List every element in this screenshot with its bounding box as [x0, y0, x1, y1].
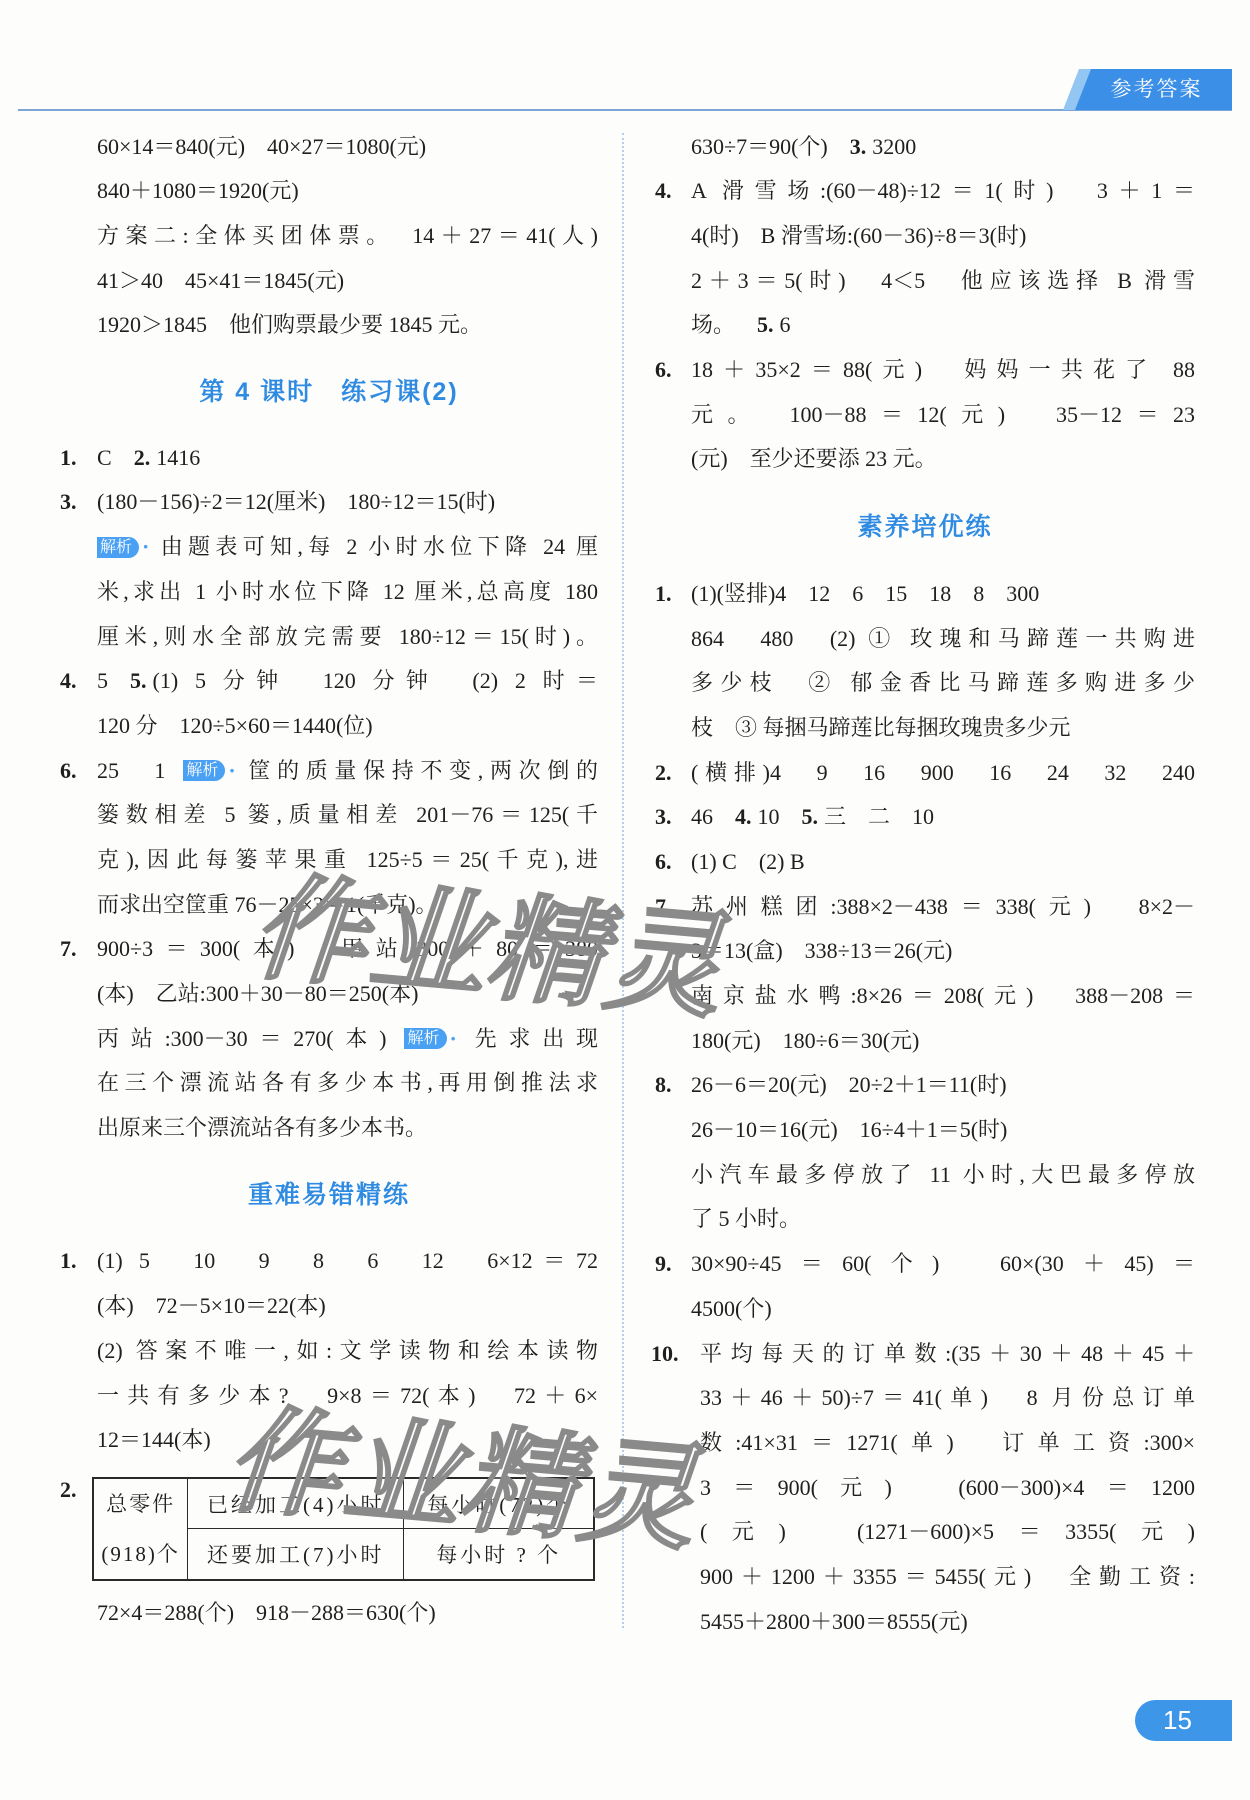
analysis-line: 在三个漂流站各有多少本书,再用倒推法求: [60, 1061, 598, 1106]
analysis-text: 先求出现: [463, 1026, 598, 1051]
answer-text: (1) 5 10 9 8 6 12 6×12＝72: [97, 1248, 598, 1273]
answer-line: 4.A 滑雪场:(60－48)÷12＝1(时) 3＋1＝: [655, 169, 1195, 214]
answer-line: 864 480 (2) ① 玫瑰和马蹄莲一共购进: [655, 617, 1195, 662]
answer-text: A 滑雪场:(60－48)÷12＝1(时) 3＋1＝: [691, 178, 1195, 203]
section-title-key-errors: 重难易错精练: [60, 1173, 598, 1218]
question-number: 4.: [655, 169, 672, 214]
answer-text: 26－6＝20(元) 20÷2＋1＝11(时): [691, 1072, 1007, 1097]
answer-line: 7.苏州糕团:388×2－438＝338(元) 8×2－: [655, 885, 1195, 930]
answer-line: 场。5.6: [655, 303, 1195, 348]
answer-text: C: [97, 445, 112, 470]
answer-line: 33＋46＋50)÷7＝41(单) 8 月份总订单: [655, 1376, 1195, 1421]
answer-line: 7.900÷3＝300(本) 甲站:300＋80＝380: [60, 927, 598, 972]
answer-text: 30×90÷45＝60(个) 60×(30＋45)＝: [691, 1251, 1195, 1276]
answer-line: 丙站:300－30＝270(本)解析先求出现: [60, 1017, 598, 1062]
question-number: 7.: [655, 885, 672, 930]
answer-line: (本) 72－5×10＝22(本): [60, 1284, 598, 1329]
analysis-line: 解析由题表可知,每 2 小时水位下降 24 厘: [60, 525, 598, 570]
analysis-line: 厘米,则水全部放完需要 180÷12＝15(时)。: [60, 615, 598, 660]
answer-line: 4500(个): [655, 1287, 1195, 1332]
answer-line: (本) 乙站:300＋30－80＝250(本): [60, 972, 598, 1017]
analysis-text: 由题表可知,每 2 小时水位下降 24 厘: [155, 534, 598, 559]
table-cell: 已经加工(4)小时: [188, 1478, 404, 1529]
section-title-lesson4: 第 4 课时 练习课(2): [60, 370, 598, 415]
answer-text: 场。: [691, 312, 735, 337]
answer-line: 6.18＋35×2＝88(元) 妈妈一共花了 88: [655, 348, 1195, 393]
header-tab-reference-answers: 参考答案: [1063, 69, 1232, 110]
analysis-line: 而求出空筐重 76－25×3＝1(千克)。: [60, 883, 598, 928]
answer-line: 4(时) B 滑雪场:(60－36)÷8＝3(时): [655, 214, 1195, 259]
answer-line: 2＋3＝5(时) 4＜5 他应该选择 B 滑雪: [655, 259, 1195, 304]
answer-text: (180－156)÷2＝12(厘米) 180÷12＝15(时): [97, 489, 495, 514]
analysis-line: 米,求出 1 小时水位下降 12 厘米,总高度 180: [60, 570, 598, 615]
analysis-badge: 解析: [97, 537, 139, 558]
answer-line: 26－10＝16(元) 16÷4＋1＝5(时): [655, 1108, 1195, 1153]
answer-text: 3200: [872, 134, 916, 159]
question-number: 2.: [134, 445, 151, 470]
question-number: 8.: [655, 1063, 672, 1108]
answer-line: 120 分 120÷5×60＝1440(位): [60, 704, 598, 749]
analysis-line: 克),因此每篓苹果重 125÷5＝25(千克),进: [60, 838, 598, 883]
answer-line: 1.(1)(竖排)4 12 6 15 18 8 300: [655, 572, 1195, 617]
question-number: 5.: [802, 804, 819, 829]
analysis-badge: 解析: [183, 760, 225, 781]
page-number: 15: [1135, 1700, 1232, 1741]
answer-line: 6.(1) C (2) B: [655, 840, 1195, 885]
analysis-line: 出原来三个漂流站各有多少本书。: [60, 1106, 598, 1151]
tab-label: 参考答案: [1075, 69, 1232, 110]
answer-line: 1920＞1845 他们购票最少要 1845 元。: [60, 303, 598, 348]
analysis-line: 篓数相差 5 篓,质量相差 201－76＝125(千: [60, 793, 598, 838]
total-parts-label: 总零件: [94, 1479, 187, 1529]
answer-line: 多少枝 ② 郁金香比马蹄莲多购进多少: [655, 661, 1195, 706]
header-rule: [18, 109, 1232, 111]
question-number: 3.: [850, 134, 867, 159]
total-parts-cell: 总零件 (918)个: [93, 1478, 188, 1580]
parts-table: 总零件 (918)个 已经加工(4)小时 每小时(72)个 还要加工(7)小时 …: [92, 1477, 595, 1581]
question-number: 6.: [655, 348, 672, 393]
answer-line: 1.C2.1416: [60, 436, 598, 481]
badge-dot-icon: [142, 534, 149, 559]
answer-text: (1)(竖排)4 12 6 15 18 8 300: [691, 581, 1039, 606]
badge-dot-icon: [450, 1026, 457, 1051]
answer-line: 72×4＝288(个) 918－288＝630(个): [60, 1591, 598, 1636]
answer-line: 12＝144(本): [60, 1418, 598, 1463]
answer-line: 180(元) 180÷6＝30(元): [655, 1019, 1195, 1064]
answer-text: 丙站:300－30＝270(本): [97, 1026, 386, 1051]
answer-line: 60×14＝840(元) 40×27＝1080(元): [60, 125, 598, 170]
answer-line: (2) 答案不唯一,如:文学读物和绘本读物: [60, 1329, 598, 1374]
answer-text: 25 1: [97, 758, 165, 783]
question-number: 3.: [60, 480, 77, 525]
answer-line: 1.(1) 5 10 9 8 6 12 6×12＝72: [60, 1239, 598, 1284]
question-number: 9.: [655, 1242, 672, 1287]
question-number: 1.: [60, 1239, 77, 1284]
analysis-text: 筐的质量保持不变,两次倒的: [242, 758, 598, 783]
answer-line: 10.平均每天的订单数:(35＋30＋48＋45＋: [655, 1332, 1195, 1377]
question-number: 2.: [655, 751, 672, 796]
question-number: 5.: [130, 668, 147, 693]
answer-line: 41＞40 45×41＝1845(元): [60, 259, 598, 304]
question-number: 10.: [651, 1332, 679, 1377]
answer-text: 5: [97, 668, 108, 693]
question-number: 5.: [757, 312, 774, 337]
analysis-badge: 解析: [404, 1028, 446, 1049]
answer-text: 1416: [156, 445, 200, 470]
answer-line: 630÷7＝90(个)3.3200: [655, 125, 1195, 170]
answer-line: 840＋1080＝1920(元): [60, 169, 598, 214]
table-cell: 每小时 ? 个: [404, 1529, 594, 1580]
answer-line: (元) (1271－600)×5＝3355(元): [655, 1510, 1195, 1555]
answer-text: 18＋35×2＝88(元) 妈妈一共花了 88: [691, 357, 1195, 382]
answer-text: 6: [780, 312, 791, 337]
answer-line: 2.(横排)4 9 16 900 16 24 32 240: [655, 751, 1195, 796]
question-number: 7.: [60, 927, 77, 972]
question-number: 6.: [60, 749, 77, 794]
answer-text: 46: [691, 804, 713, 829]
answer-line: 3.464.105.三 二 10: [655, 795, 1195, 840]
answer-line: 小汽车最多停放了 11 小时,大巴最多停放: [655, 1153, 1195, 1198]
question-number: 2.: [60, 1477, 77, 1503]
section-title-excellence: 素养培优练: [655, 505, 1195, 550]
answer-line: 8.26－6＝20(元) 20÷2＋1＝11(时): [655, 1063, 1195, 1108]
right-column: 630÷7＝90(个)3.3200 4.A 滑雪场:(60－48)÷12＝1(时…: [655, 125, 1195, 1645]
table-cell: 还要加工(7)小时: [188, 1529, 404, 1580]
answer-line: 9.30×90÷45＝60(个) 60×(30＋45)＝: [655, 1242, 1195, 1287]
answer-line: 南京盐水鸭:8×26＝208(元) 388－208＝: [655, 974, 1195, 1019]
table-cell: 每小时(72)个: [404, 1478, 594, 1529]
answer-line: 了 5 小时。: [655, 1197, 1195, 1242]
answer-line: (元) 至少还要添 23 元。: [655, 437, 1195, 482]
answer-line: 3.(180－156)÷2＝12(厘米) 180÷12＝15(时): [60, 480, 598, 525]
answer-line: 5455＋2800＋300＝8555(元): [655, 1600, 1195, 1645]
answer-line: 数:41×31＝1271(单) 订单工资:300×: [655, 1421, 1195, 1466]
question-number: 1.: [655, 572, 672, 617]
answer-line: 6.25 1解析筐的质量保持不变,两次倒的: [60, 749, 598, 794]
answer-line: 3＝900(元) (600－300)×4＝1200: [655, 1466, 1195, 1511]
question-number: 3.: [655, 795, 672, 840]
answer-line: 一共有多少本? 9×8＝72(本) 72＋6×: [60, 1374, 598, 1419]
answer-text: 10: [758, 804, 780, 829]
answer-text: 苏州糕团:388×2－438＝338(元) 8×2－: [691, 894, 1195, 919]
answer-text: (1) C (2) B: [691, 849, 805, 874]
answer-line: 枝 ③ 每捆马蹄莲比每捆玫瑰贵多少元: [655, 706, 1195, 751]
answer-text: 三 二 10: [824, 804, 934, 829]
answer-line: 3＝13(盒) 338÷13＝26(元): [655, 929, 1195, 974]
answer-line: 900＋1200＋3355＝5455(元) 全勤工资:: [655, 1555, 1195, 1600]
answer-line: 方案二:全体买团体票。 14＋27＝41(人): [60, 214, 598, 259]
answer-text: 平均每天的订单数:(35＋30＋48＋45＋: [700, 1341, 1195, 1366]
answer-text: (横排)4 9 16 900 16 24 32 240: [691, 760, 1195, 785]
total-parts-value: (918)个: [94, 1529, 187, 1579]
answer-text: 630÷7＝90(个): [691, 134, 828, 159]
answer-text: (1) 5 分钟 120 分钟 (2) 2 时＝: [153, 668, 599, 693]
question-number: 6.: [655, 840, 672, 885]
column-divider: [622, 133, 624, 1628]
question-number: 4.: [735, 804, 752, 829]
answer-line: 元。 100－88＝12(元) 35－12＝23: [655, 393, 1195, 438]
question-number: 1.: [60, 436, 77, 481]
badge-dot-icon: [228, 758, 235, 783]
question-2-table-block: 2. 总零件 (918)个 已经加工(4)小时 每小时(72)个 还要加工(7)…: [60, 1477, 598, 1581]
left-column: 60×14＝840(元) 40×27＝1080(元) 840＋1080＝1920…: [60, 125, 598, 1636]
answer-text: 900÷3＝300(本) 甲站:300＋80＝380: [97, 936, 598, 961]
question-number: 4.: [60, 659, 77, 704]
answer-line: 4.55.(1) 5 分钟 120 分钟 (2) 2 时＝: [60, 659, 598, 704]
